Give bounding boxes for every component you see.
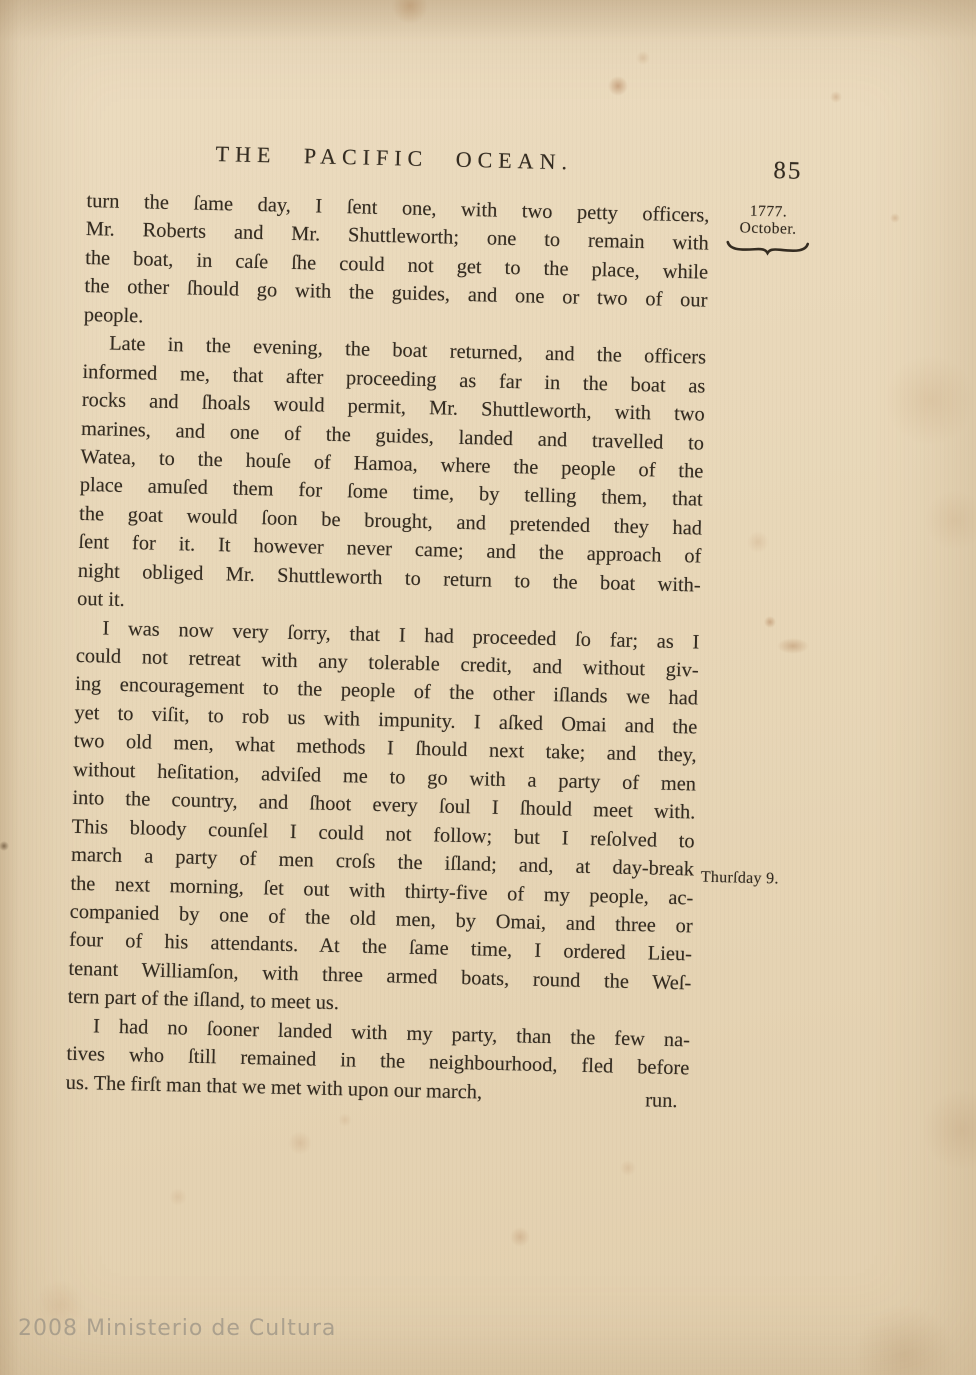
- margin-note-month: October.: [713, 219, 823, 239]
- date-brace-icon: [724, 239, 810, 257]
- catchword: run.: [477, 1085, 677, 1113]
- printed-page-content: THE PACIFIC OCEAN. 85 1777. October. tur…: [62, 140, 938, 1260]
- paragraph: turn the ſame day, I ſent one, with two …: [84, 187, 710, 344]
- book-page-scan: THE PACIFIC OCEAN. 85 1777. October. tur…: [0, 0, 976, 1375]
- body-text: turn the ſame day, I ſent one, with two …: [65, 187, 709, 1111]
- paragraph: I was now very ſorry, that I had proceed…: [67, 613, 699, 1026]
- margin-note-date: 1777. October.: [712, 202, 823, 258]
- page-title: THE PACIFIC OCEAN.: [215, 141, 573, 175]
- paragraph: Late in the evening, the boat returned, …: [77, 329, 707, 628]
- page-number: 85: [773, 157, 803, 186]
- watermark: 2008 Ministerio de Cultura: [18, 1316, 336, 1341]
- margin-note-day: Thurſday 9.: [701, 869, 779, 889]
